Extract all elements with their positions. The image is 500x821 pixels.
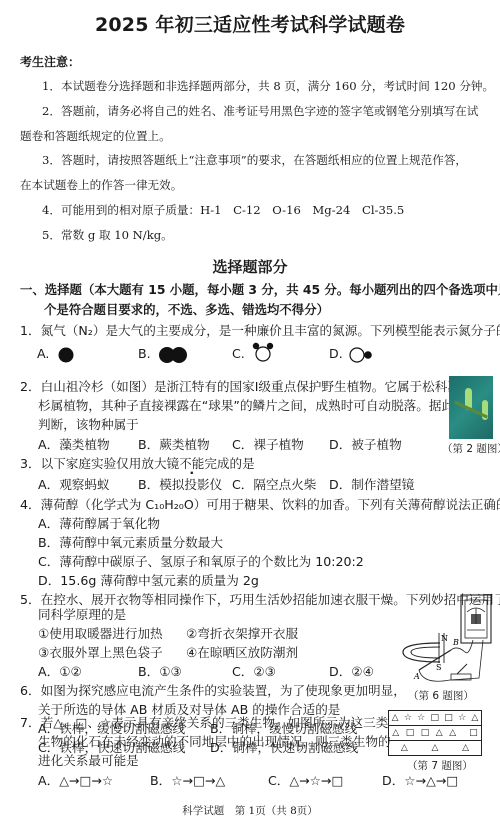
q4-option-b[interactable]: B．薄荷醇中氧元素质量分数最大 <box>38 532 223 551</box>
q5-item-2: ②弯折衣架撑开衣服 <box>186 623 298 642</box>
notice-heading: 考生注意： <box>20 53 80 70</box>
question-1: 1．氮气（N₂）是大气的主要成分，是一种廉价且丰富的氮源。下列模型能表示氮分子的… <box>20 320 500 339</box>
question-text: 氮气（N₂）是大气的主要成分，是一种廉价且丰富的氮源。下列模型能表示氮分子的是 <box>41 323 500 338</box>
q5-item-3: ③衣服外罩上黑色袋子 <box>38 642 163 661</box>
q7-option-c[interactable]: C．△→☆→□ <box>268 770 343 789</box>
part1-instructions-cont: 个是符合题目要求的，不选、多选、错选均不得分） <box>44 300 329 318</box>
atom-model-single-icon <box>57 346 75 364</box>
q3-option-b[interactable]: B．模拟投影仪 <box>138 474 222 493</box>
page-title: 2025 年初三适应性考试科学试题卷 <box>0 10 500 37</box>
induction-apparatus-diagram: N S A B <box>395 590 495 690</box>
notice-5: 5．常数 g 取 10 N/kg。 <box>42 227 173 243</box>
notice-4: 4．可能用到的相对原子质量：H-1 C-12 O-16 Mg-24 Cl-35.… <box>42 202 404 218</box>
q3-option-a[interactable]: A．观察蚂蚁 <box>38 474 110 493</box>
stratum-top: △☆☆□□☆△ <box>389 711 481 726</box>
q5-option-b[interactable]: B．①③ <box>138 661 182 680</box>
question-2-line2: 杉属植物，其种子直接裸露在“球果”的鳞片之间，成熟时可自动脱落。据此 <box>38 395 454 414</box>
q1-option-a[interactable]: A. <box>37 346 49 361</box>
question-6: 6．如图为探究感应电流产生条件的实验装置，为了使现象更加明显， <box>20 680 406 699</box>
fossil-strata-diagram: △☆☆□□☆△ △□□△△□ △△△ <box>388 710 482 756</box>
question-7-line3: 进化关系最可能是 <box>38 750 139 769</box>
q3-option-c[interactable]: C．隔空点火柴 <box>232 474 316 493</box>
q7-option-b[interactable]: B．☆→□→△ <box>150 770 225 789</box>
emphasis-text: 不能 <box>179 456 204 471</box>
fir-tree-photo <box>449 376 493 439</box>
q5-option-c[interactable]: C．②③ <box>232 661 276 680</box>
q7-option-d[interactable]: D．☆→△→□ <box>382 770 458 789</box>
notice-3-cont: 在本试题卷上的作答一律无效。 <box>20 177 182 193</box>
svg-text:A: A <box>413 672 420 681</box>
q4-option-c[interactable]: C．薄荷醇中碳原子、氢原子和氧原子的个数比为 10:20:2 <box>38 551 364 570</box>
q5-option-d[interactable]: D．②④ <box>329 661 374 680</box>
question-2: 2．白山祖冷杉（如图）是浙江特有的国家Ⅰ级重点保护野生植物。它属于松科冷 <box>20 376 460 395</box>
q1-option-c[interactable]: C. <box>232 346 245 361</box>
question-5-line2: 同科学原理的是 <box>38 604 126 623</box>
question-3: 3．以下家庭实验仅用放大镜不能完成的是 <box>20 453 255 472</box>
svg-text:S: S <box>436 663 441 672</box>
question-4: 4．薄荷醇（化学式为 C₁₀H₂₀O）可用于糖果、饮料的加香。下列有关薄荷醇说法… <box>20 494 500 513</box>
svg-text:N: N <box>441 634 448 643</box>
atom-model-bent-icon <box>252 340 274 364</box>
question-2-line3: 判断，该物种属于 <box>38 414 139 433</box>
question-number: 1． <box>20 323 41 338</box>
page-footer: 科学试题 第 1页（共 8页） <box>0 803 500 818</box>
figure-6-caption: （第 6 题图） <box>408 688 474 703</box>
atom-model-diatomic-icon <box>158 345 190 365</box>
question-7-text: 7．若△、□、☆表示具有亲缘关系的三类生物，如图所示为这三类 <box>20 712 388 731</box>
svg-text:B: B <box>452 638 459 647</box>
q1-option-d[interactable]: D. <box>329 346 343 361</box>
section-title: 选择题部分 <box>0 256 500 277</box>
q2-option-b[interactable]: B．蕨类植物 <box>138 434 210 453</box>
atom-model-unequal-icon <box>349 346 375 364</box>
question-7-line2: 生物的化石在未经变动的不同地层中的出现情况，则三类生物的 <box>38 731 391 750</box>
stratum-middle: △□□△△□ <box>389 726 481 741</box>
notice-1: 1．本试题卷分选择题和非选择题两部分，共 8 页，满分 160 分，考试时间 1… <box>42 78 494 94</box>
q4-option-a[interactable]: A．薄荷醇属于氧化物 <box>38 513 160 532</box>
notice-2-cont: 题卷和答题纸规定的位置上。 <box>20 128 171 144</box>
q7-option-a[interactable]: A．△→□→☆ <box>38 770 113 789</box>
q3-option-d[interactable]: D．制作潜望镜 <box>329 474 414 493</box>
figure-2-caption: （第 2 题图） <box>442 441 500 456</box>
q2-option-d[interactable]: D．被子植物 <box>329 434 402 453</box>
q5-option-a[interactable]: A．①② <box>38 661 82 680</box>
notice-3: 3．答题时，请按照答题纸上“注意事项”的要求，在答题纸相应的位置上规范作答， <box>42 152 467 168</box>
q1-option-b[interactable]: B. <box>138 346 151 361</box>
q5-item-4: ④在晾晒区放防潮剂 <box>186 642 298 661</box>
stratum-bottom: △△△ <box>389 741 481 755</box>
q2-option-c[interactable]: C．裸子植物 <box>232 434 304 453</box>
q5-item-1: ①使用取暖器进行加热 <box>38 623 163 642</box>
q2-option-a[interactable]: A．藻类植物 <box>38 434 110 453</box>
notice-2: 2．答题前，请务必将自己的姓名、准考证号用黑色字迹的签字笔或钢笔分别填写在试 <box>42 103 478 119</box>
q4-option-d[interactable]: D．15.6g 薄荷醇中氢元素的质量为 2g <box>38 570 259 589</box>
part1-instructions: 一、选择题（本大题有 15 小题，每小题 3 分，共 45 分。每小题列出的四个… <box>20 280 500 298</box>
